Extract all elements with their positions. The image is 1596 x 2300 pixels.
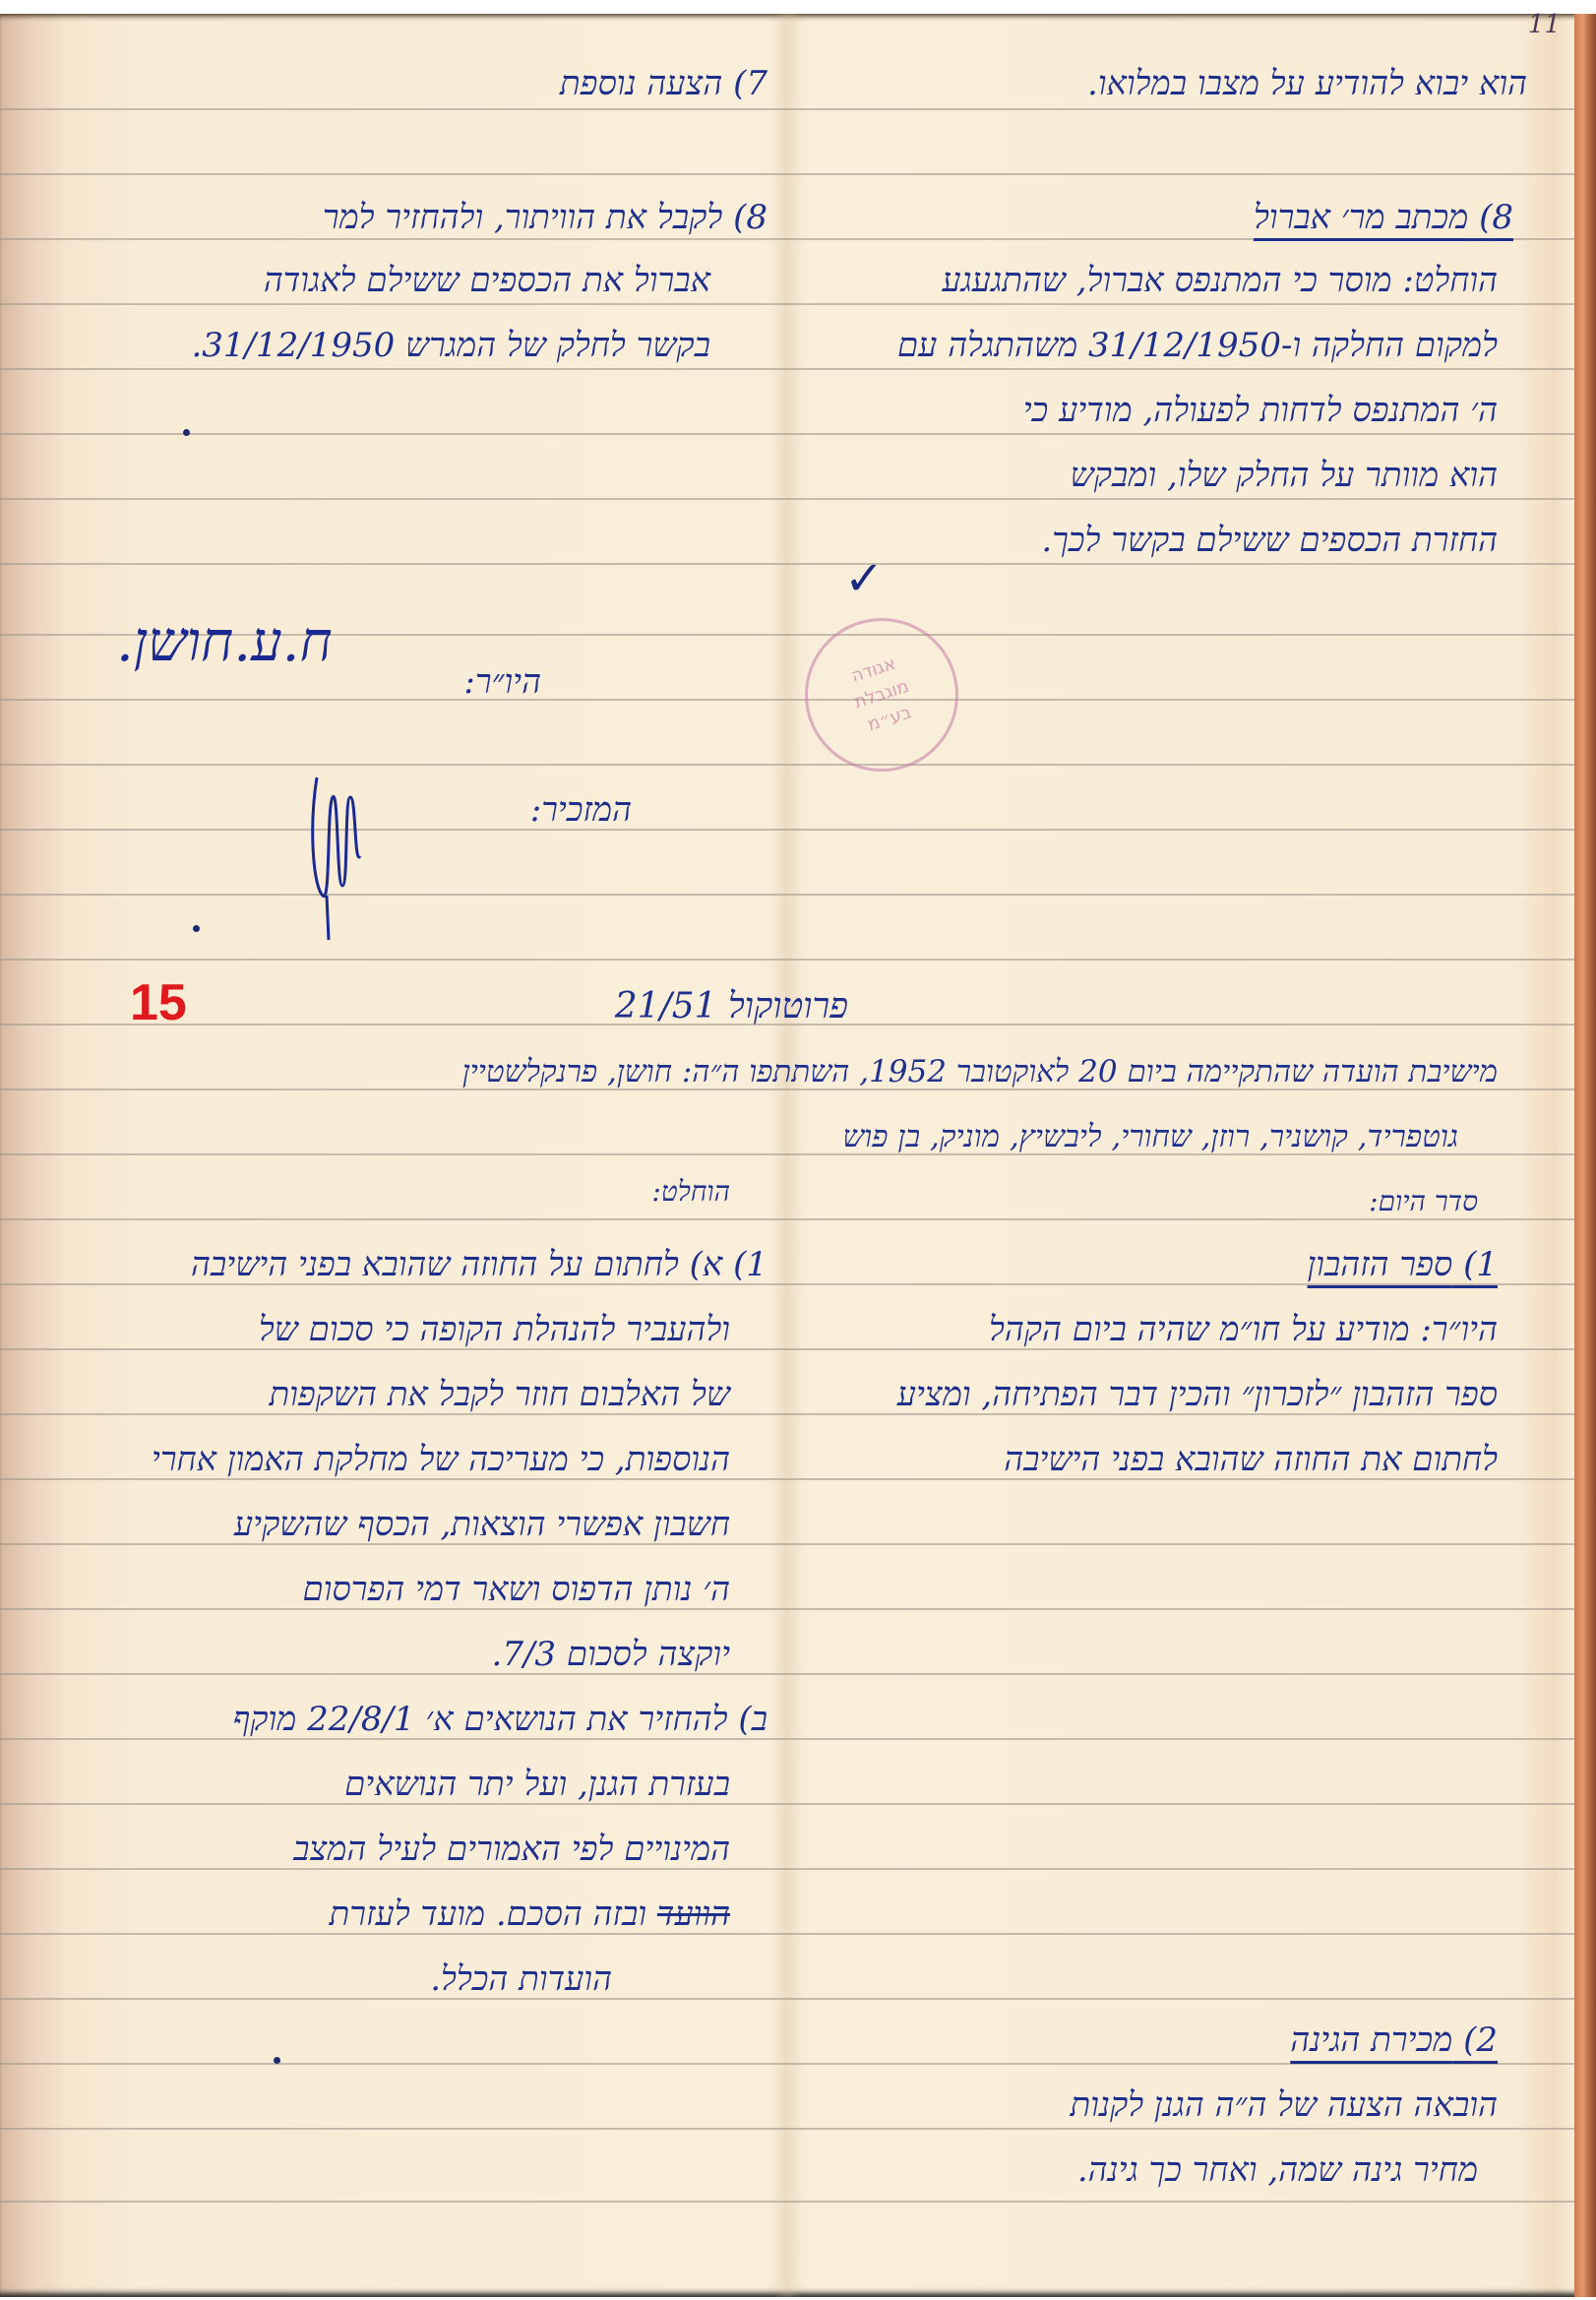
protocol-item-2-title: מכירת הגינה [1290,2020,1452,2060]
protocol-item-1-number: 1) [1463,1245,1498,1284]
decision-b-text: להחזיר את הנושאים א׳ 22/8/1 מוקף [233,1700,728,1739]
page-number: 15 [130,977,187,1028]
carryover-line: הוא יבוא להודיע על מצבו במלואו. [1087,51,1527,116]
protocol-item-1-heading: 1) ספר הזהבון [1308,1232,1498,1297]
ruled-line [0,173,1574,175]
decision-b-number: ב) [738,1700,767,1739]
secretary-label: המזכיר: [530,777,632,842]
chair-label: היו״ר: [463,650,541,715]
secretary-signature [305,768,364,945]
ink-dot [274,2057,280,2064]
protocol-intro-line: מישיבת הועדה שהתקיימה ביום 20 לאוקטובר 1… [462,1039,1498,1104]
item-8-line: החזרת הכספים ששילם בקשר לכך. [1041,508,1498,573]
item-8-heading: 8) מכתב מר׳ אברול [1254,185,1513,250]
ink-dot [183,429,190,436]
item-8-line: למקום החלקה ו-31/12/1950 משהתגלה עם [897,313,1498,378]
decision-b-line: הוועד ובזה הסכם. מועד לעזרת [330,1882,730,1947]
protocol-intro-line: גוטפריד, קושניר, רוזן, שחורי, ליבשיץ, מו… [842,1104,1458,1169]
item-8-decision-text: לקבל את הוויתור, ולהחזיר למר [323,198,722,237]
item-7-text: הצעה נוספת [560,64,722,103]
protocol-item-1-title: ספר הזהבון [1308,1245,1453,1284]
decision-1-line: של האלבום חוזר לקבל את השקפות [269,1362,730,1427]
item-8-line: ה׳ המתנפס לדחות לפעולה, מודיע כי [1023,378,1498,443]
protocol-item-2-line: הובאה הצעה של ה״ה הגנן לקנות [1071,2073,1498,2138]
ruled-line [0,1803,1574,1805]
checkmark-icon: ✓ [844,551,884,606]
protocol-item-2-heading: 2) מכירת הגינה [1290,2008,1498,2073]
protocol-item-1-line: ספר הזהבון ״לזכרון״ והכין דבר הפתיחה, ומ… [897,1362,1498,1427]
item-7: 7) הצעה נוספת [560,51,767,116]
decision-1-text: לחתום על החוזה שהובא בפני הישיבה [191,1245,679,1284]
page-spine-fold [772,14,802,2297]
ruled-line [0,829,1574,831]
signature-scribble-icon [305,768,364,945]
ruled-line [0,1218,1574,1220]
protocol-item-2-number: 2) [1463,2020,1498,2060]
ruled-line [0,1673,1574,1675]
chair-signature: ח.ע.חושן. [116,610,333,674]
ruled-line [0,764,1574,766]
decision-b-text: ובזה הסכם. מועד לעזרת [330,1895,647,1934]
protocol-item-1-line: לחתום את החוזה שהובא בפני הישיבה [1004,1427,1498,1492]
item-8-number: 8) [1479,198,1513,237]
item-8-line: הוחלט: מוסר כי המתנפס אברול, שהתגעגע [942,248,1498,313]
agenda-label: סדר היום: [1369,1169,1478,1234]
ruled-line [0,894,1574,896]
ruled-line [0,1608,1574,1610]
decision-b-line: בעזרת הגנן, ועל יתר הנושאים [344,1752,730,1817]
protocol-title: פרוטוקול 21/51 [615,974,848,1039]
ruled-line [0,1998,1574,2000]
item-8-decision-line: 8) לקבל את הוויתור, ולהחזיר למר [323,185,767,250]
item-8-title: מכתב מר׳ אברול [1254,198,1468,237]
ruled-line [0,959,1574,961]
item-8-decision-line: בקשר לחלק של המגרש 31/12/1950. [191,313,710,378]
decision-1-line: יוקצה לסכום 7/3. [492,1622,730,1687]
decision-1-line: ה׳ נותן הדפוס ושאר דמי הפרסום [303,1557,730,1622]
ruled-line [0,699,1574,701]
decision-1-line: חשבון אפשרי הוצאות, הכסף שהשקיע [234,1492,730,1557]
decided-label: הוחלט: [651,1159,730,1224]
decision-b-line: המינויים לפי האמורים לעיל המצב [293,1817,730,1882]
decision-1-line: 1) א) לחתום על החוזה שהובא בפני הישיבה [191,1232,767,1297]
decision-1-line: הנוספות, כי מעריכה של מחלקת האמון אחרי [152,1427,730,1492]
protocol-item-2-line: מחיר גינה שמה, ואחר כך גינה. [1077,2138,1478,2203]
item-8-decision-number: 8) [733,198,767,237]
corner-page-mark: 11 [1528,10,1561,39]
ruled-line [0,1933,1574,1935]
decision-1-number: 1) א) [690,1245,767,1284]
decision-1-line: ולהעביר להנהלת הקופה כי סכום של [259,1297,730,1362]
notebook-edge [1574,14,1596,2297]
decision-b-line: ב) להחזיר את הנושאים א׳ 22/8/1 מוקף [233,1687,767,1752]
struck-word: הוועד [657,1895,730,1934]
protocol-item-1-line: היו״ר: מודיע על חו״מ שהיה ביום הקהל [989,1297,1498,1362]
item-7-number: 7) [733,64,767,103]
ink-dot [193,925,200,932]
ruled-line [0,1868,1574,1870]
item-8-decision-line: אברול את הכספים ששילם לאגודה [264,248,710,313]
item-8-line: הוא מוותר על החלק שלו, ומבקש [1071,443,1498,508]
decision-b-line: הועדות הכלל. [430,1947,612,2012]
